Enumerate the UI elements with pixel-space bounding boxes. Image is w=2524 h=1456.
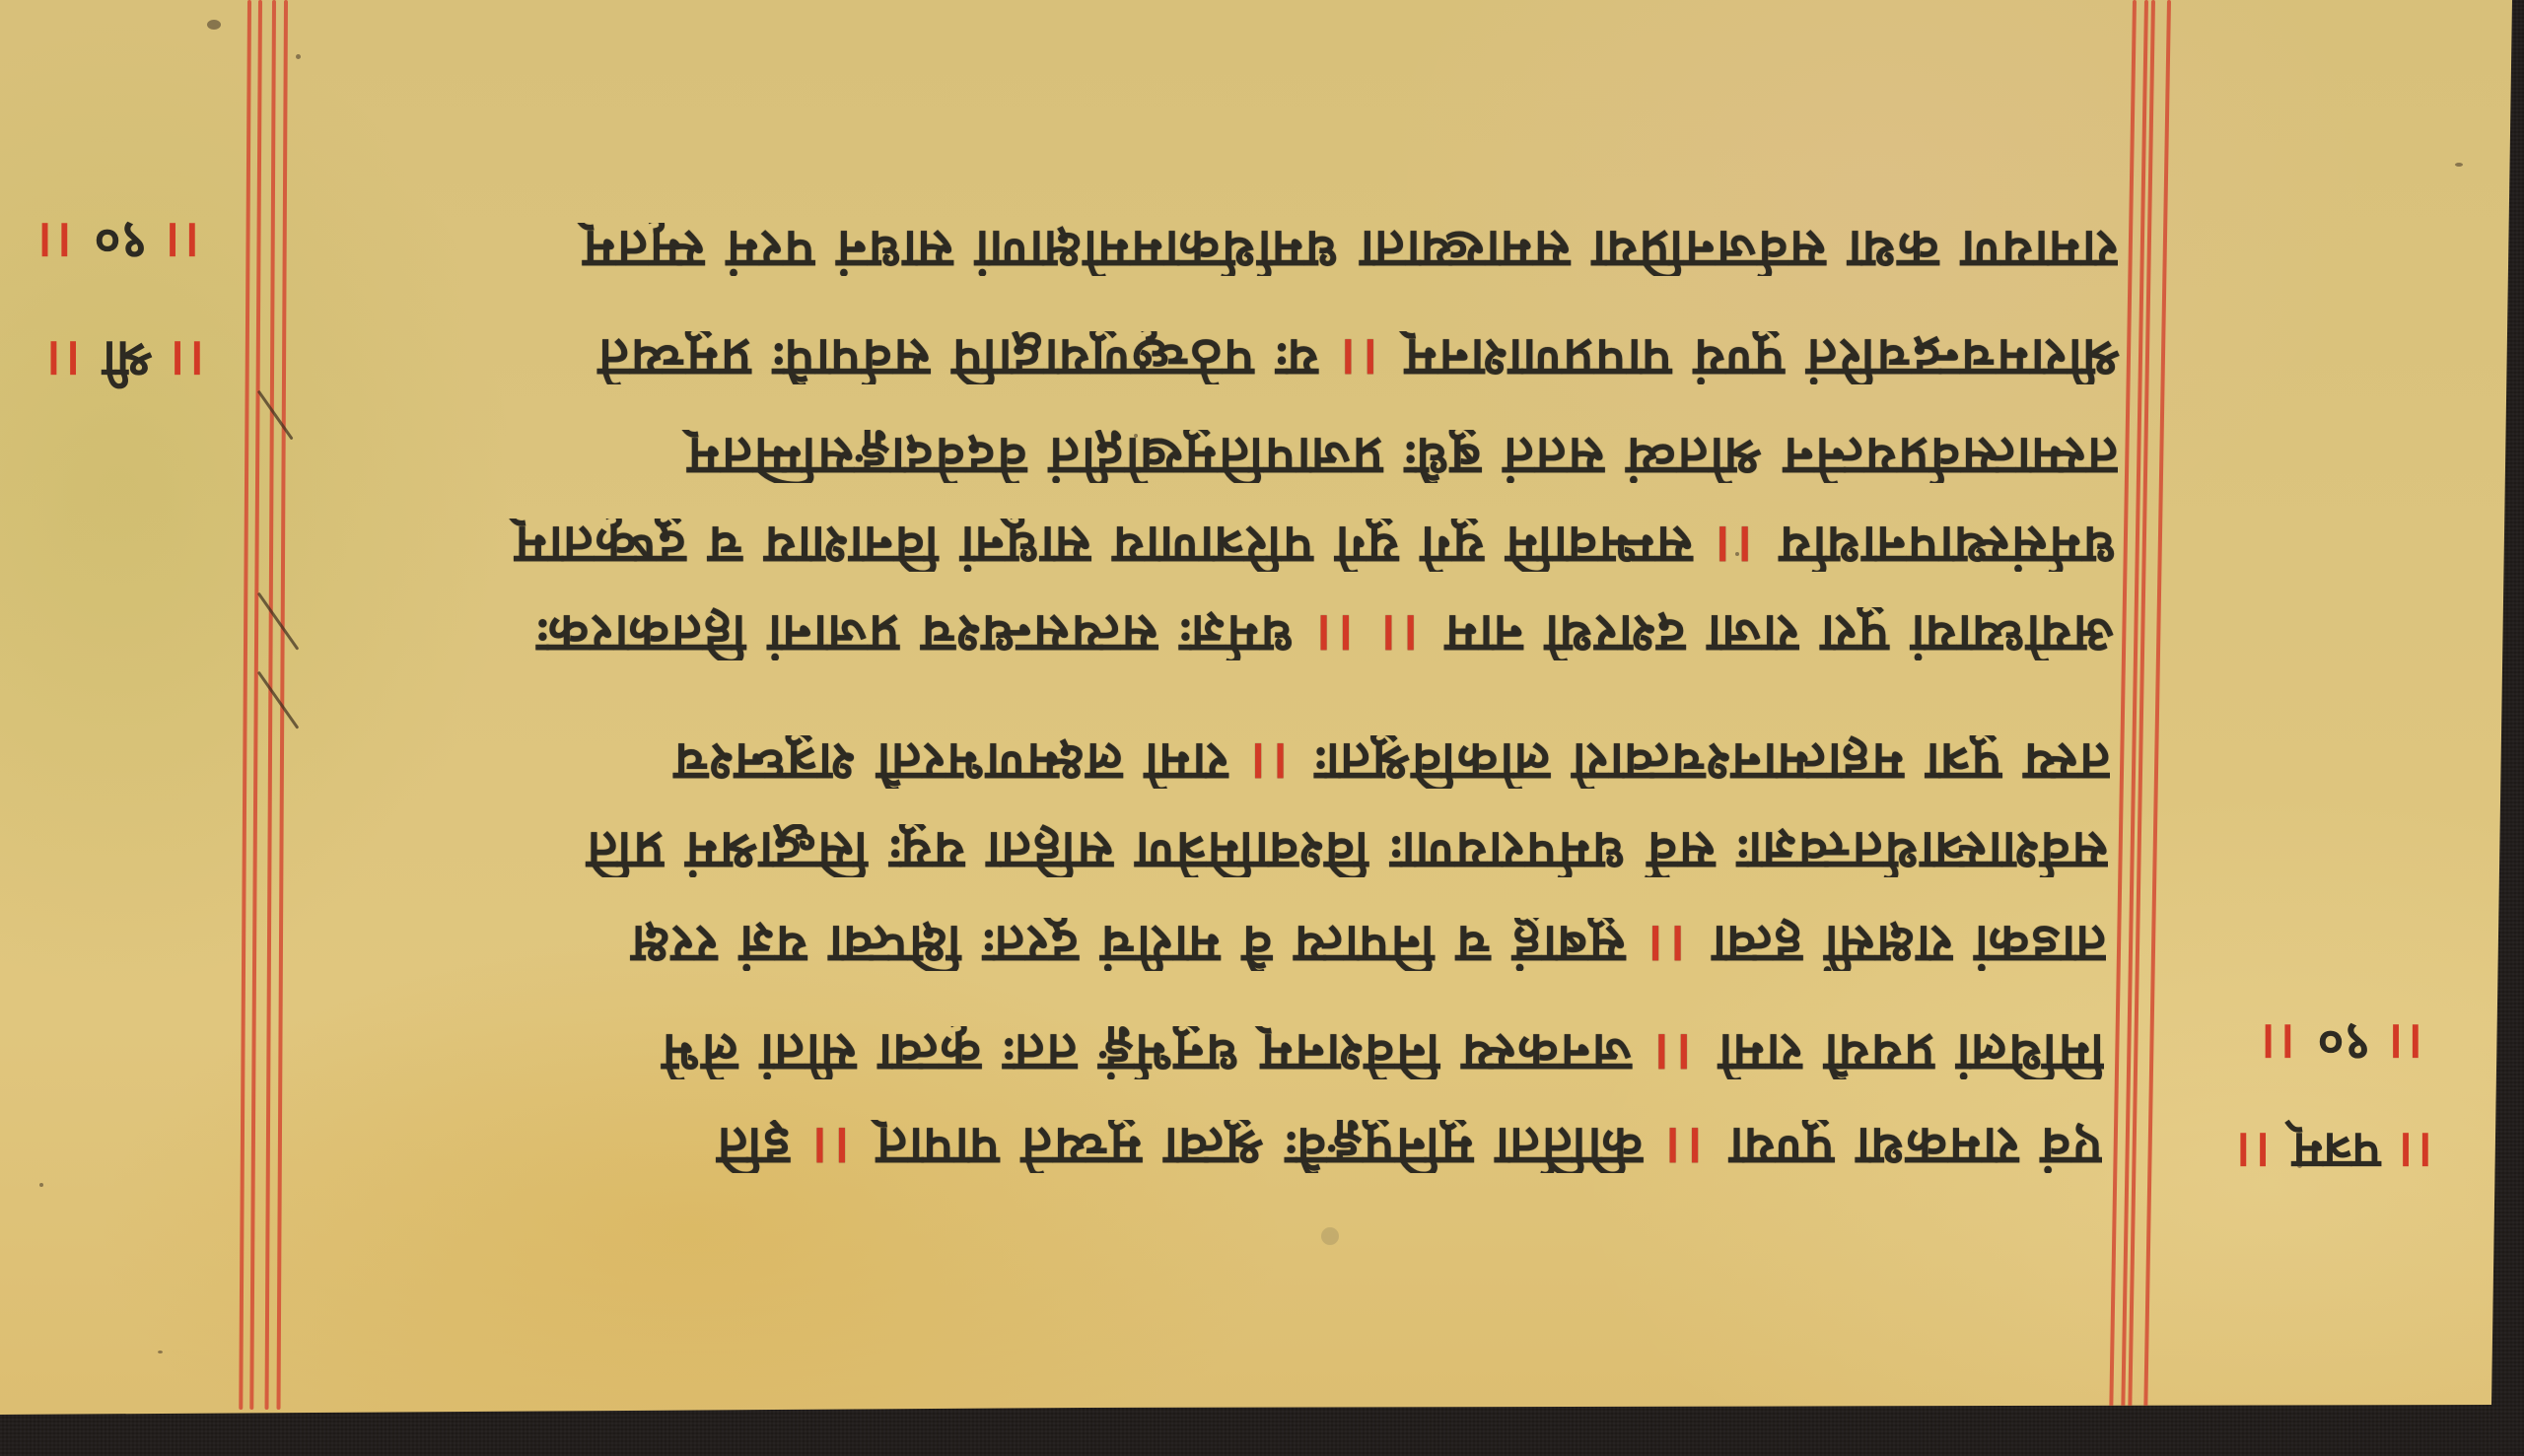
folio-number: ९० <box>94 211 147 270</box>
manuscript-line-6: तस्य पुत्रा महात्मानश्चत्वारो लोकविश्रुत… <box>296 735 2110 789</box>
double-danda-mark: ।। <box>37 211 76 270</box>
manuscript-line-4: धर्मसंस्थापनार्थाय ।। सम्भवामि युगे युगे… <box>296 519 2116 572</box>
left-margin-folio-number: ।।९०।। <box>20 208 222 278</box>
double-danda-mark: ।। <box>2261 1012 2299 1072</box>
double-danda-mark: ।। <box>1339 331 1383 384</box>
margin-word: श्री <box>103 329 152 388</box>
double-danda-mark: ।। <box>1652 1026 1697 1079</box>
right-margin-folio-number: ।।९०।। <box>2243 1009 2445 1079</box>
left-margin-word: ।।श्री।। <box>29 326 227 396</box>
double-danda-mark: ।। <box>1378 607 1423 660</box>
manuscript-line-9: मिथिलां प्रययौ रामो ।। जनकस्य निवेशनम् ध… <box>296 1026 2104 1079</box>
manuscript-line-5: अयोध्यायां पुरा राजा दशरथो नाम ।। ।। धर्… <box>296 607 2114 660</box>
double-danda-mark: ।। <box>1646 918 1690 971</box>
double-danda-mark: ।। <box>1248 735 1293 789</box>
double-danda-mark: ।। <box>1663 1120 1708 1173</box>
double-danda-mark: ।। <box>810 1120 855 1173</box>
double-danda-mark: ।। <box>46 329 85 388</box>
double-danda-mark: ।। <box>2236 1121 2275 1180</box>
manuscript-line-10: एवं रामकथा पुण्या ।। कीर्तिता मुनिपुङ्गव… <box>296 1120 2102 1173</box>
double-danda-mark: ।। <box>2399 1121 2437 1180</box>
double-danda-mark: ।। <box>1314 607 1359 660</box>
manuscript-line-2: श्रीरामचन्द्रचरितं पुण्यं पापप्रणाशनम् ।… <box>296 331 2120 384</box>
double-danda-mark: ।। <box>2389 1012 2427 1072</box>
manuscript-line-3: तस्मात्सर्वप्रयत्नेन श्रोतव्यं सततं बुधै… <box>296 430 2118 483</box>
double-danda-mark: ।। <box>171 329 209 388</box>
margin-word: पत्रम् <box>2292 1121 2380 1180</box>
double-danda-mark: ।। <box>166 211 204 270</box>
double-danda-mark: ।। <box>1713 519 1757 572</box>
folio-number: ९० <box>2317 1012 2370 1072</box>
manuscript-line-7: सर्वशास्त्रार्थतत्त्वज्ञाः सर्वे धर्मपरा… <box>296 824 2108 877</box>
rotated-content: रामायण कथा सर्वजनप्रिया समाख्याता धर्मार… <box>0 0 2524 1456</box>
right-margin-word: ।।पत्रम्।। <box>2218 1118 2455 1188</box>
manuscript-line-1: रामायण कथा सर्वजनप्रिया समाख्याता धर्मार… <box>296 223 2118 276</box>
manuscript-line-8: ताडकां राक्षसीं हत्वा ।। सुबाहुं च निपात… <box>296 918 2106 971</box>
